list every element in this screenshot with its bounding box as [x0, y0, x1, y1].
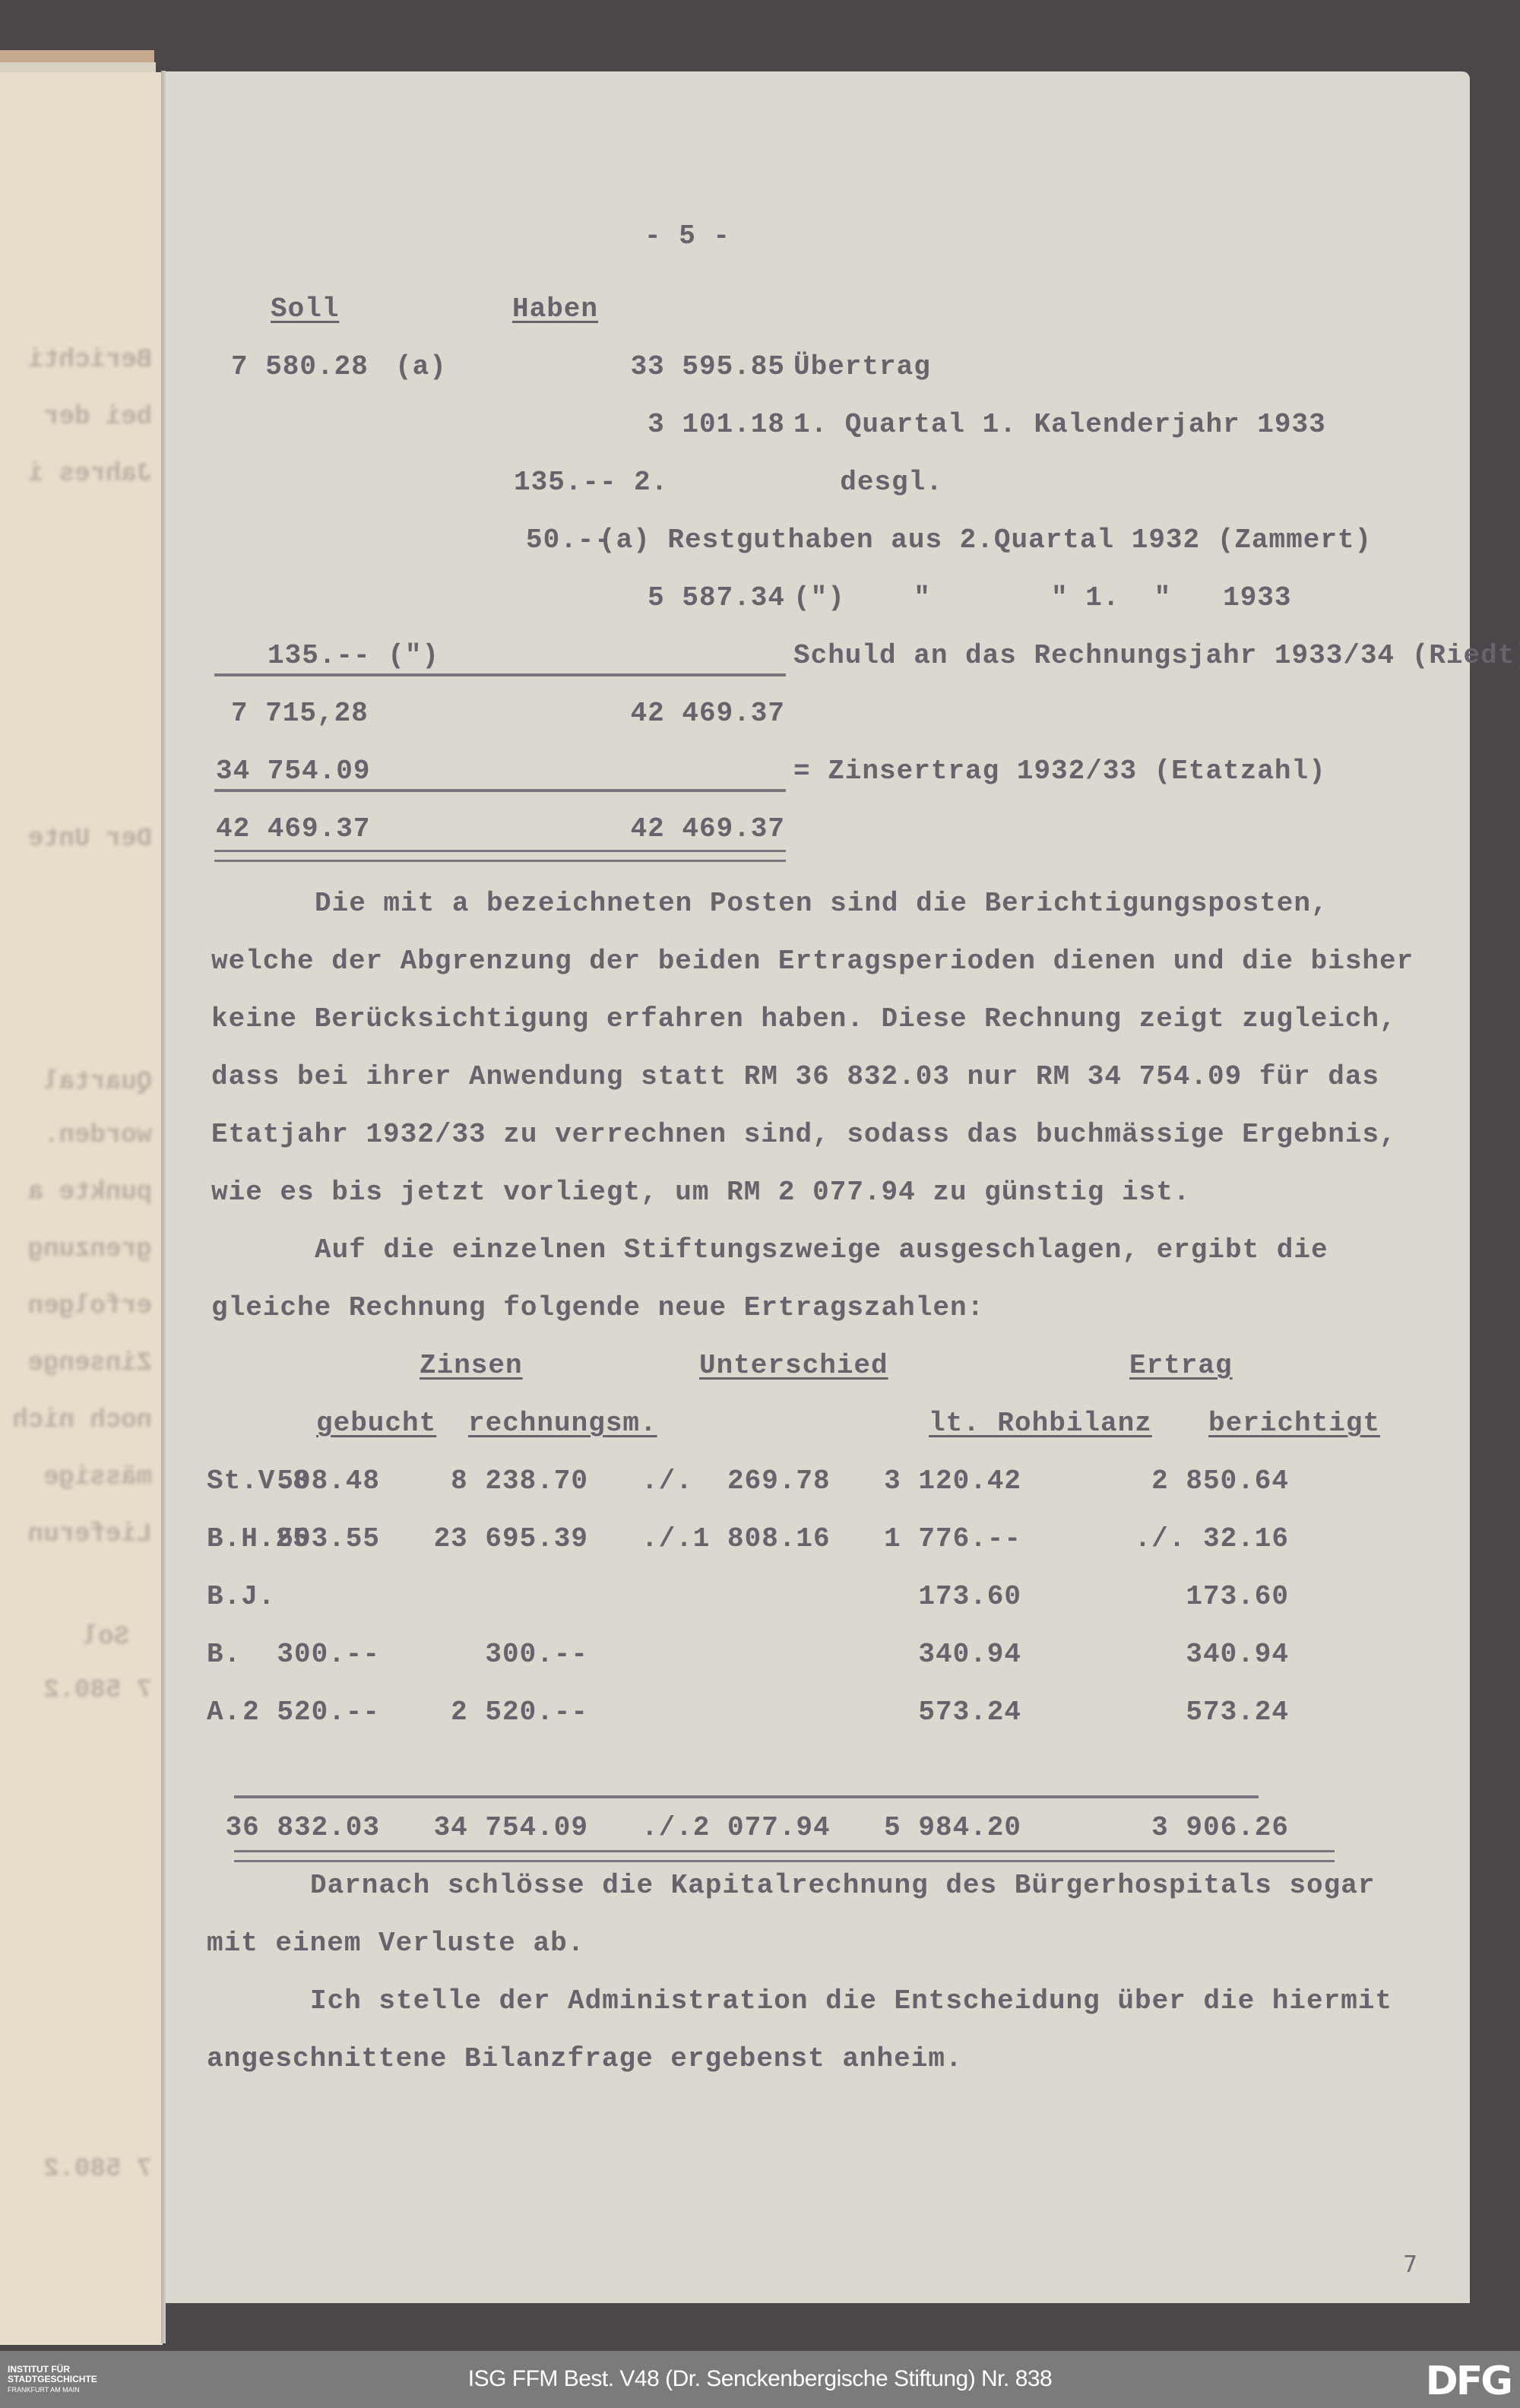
ledger-soll: 34 754.09 — [216, 756, 370, 787]
bleed-text: punkte a — [28, 1178, 152, 1207]
bleed-text: noch nich — [12, 1406, 152, 1435]
body-text-line: Darnach schlösse die Kapitalrechnung des… — [310, 1870, 1375, 1901]
table-cell-gebucht: 2 520.-- — [211, 1697, 380, 1728]
page-number-header: - 5 - — [644, 220, 730, 252]
book-page-edge — [0, 62, 156, 73]
table-cell-gebucht: 300.-- — [211, 1639, 380, 1670]
total-berichtigt: 3 906.26 — [1078, 1812, 1289, 1843]
table-header-gebucht: gebucht — [316, 1408, 436, 1439]
body-text-line: Auf die einzelnen Stiftungszweige ausges… — [315, 1234, 1328, 1266]
previous-page-edge: Berichti bei der Jahres i Der Unte Quart… — [0, 72, 163, 2345]
table-cell-rohbilanz: 1 776.-- — [880, 1523, 1021, 1554]
bleed-text: Jahres i — [28, 460, 152, 489]
ledger-header-haben: Haben — [512, 293, 598, 325]
bleed-text: mässige — [43, 1463, 152, 1492]
table-header-rechnungsm: rechnungsm. — [468, 1408, 657, 1439]
bleed-text: Sol — [83, 1623, 129, 1652]
ledger-rule — [214, 789, 786, 792]
archive-footer-bar: INSTITUT FÜR STADTGESCHICHTE FRANKFURT A… — [0, 2351, 1520, 2408]
table-cell-berichtigt: 173.60 — [1078, 1581, 1289, 1612]
table-double-rule — [234, 1850, 1335, 1862]
table-cell-rohbilanz: 3 120.42 — [880, 1465, 1021, 1497]
bleed-text: Lieferun — [28, 1520, 152, 1549]
bleed-text: grenzung — [28, 1235, 152, 1264]
body-text-line: welche der Abgrenzung der beiden Ertrags… — [211, 946, 1414, 977]
ledger-text: 1. Quartal 1. Kalenderjahr 1933 — [793, 409, 1326, 440]
table-cell-berichtigt: 573.24 — [1078, 1697, 1289, 1728]
ledger-haben: 33 595.85 — [424, 351, 785, 382]
ledger-text: 2. desgl. — [634, 467, 943, 498]
body-text-line: angeschnittene Bilanzfrage ergebenst anh… — [207, 2043, 963, 2074]
bleed-text: erfolgen — [28, 1292, 152, 1321]
table-cell-berichtigt: ./. 32.16 — [1078, 1523, 1289, 1554]
table-rule — [234, 1795, 1259, 1798]
body-text-line: keine Berücksichtigung erfahren haben. D… — [211, 1003, 1397, 1034]
table-cell-unterschied: ./.1 808.16 — [641, 1523, 831, 1554]
table-group-header-zinsen: Zinsen — [420, 1350, 523, 1381]
ledger-soll: 135.-- (") — [268, 640, 439, 671]
ledger-text: Übertrag — [793, 351, 931, 382]
ledger-header-soll: Soll — [271, 293, 339, 325]
ledger-haben: 42 469.37 — [424, 813, 785, 844]
body-text-line: wie es bis jetzt vorliegt, um RM 2 077.9… — [211, 1177, 1190, 1208]
table-cell-gebucht: 503.55 — [211, 1523, 380, 1554]
ledger-double-rule — [214, 850, 786, 862]
ledger-haben: 135.-- — [514, 467, 617, 498]
table-header-rohbilanz: lt. Rohbilanz — [929, 1408, 1152, 1439]
table-group-header-ertrag: Ertrag — [1129, 1350, 1233, 1381]
ledger-text: (a) Restguthaben aus 2.Quartal 1932 (Zam… — [599, 524, 1372, 556]
total-gebucht: 36 832.03 — [211, 1812, 380, 1843]
pencil-folio-number: 7 — [1403, 2251, 1417, 2278]
table-cell-unterschied: ./. 269.78 — [641, 1465, 831, 1497]
table-cell-rechnungsm: 300.-- — [409, 1639, 588, 1670]
body-text-line: dass bei ihrer Anwendung statt RM 36 832… — [211, 1061, 1379, 1092]
document-page: - 5 - Soll Haben 7 580.28 (a) 33 595.85 … — [166, 71, 1470, 2303]
bleed-text: Zinsenge — [28, 1349, 152, 1378]
table-cell-rechnungsm: 8 238.70 — [409, 1465, 588, 1497]
ledger-rule — [214, 673, 786, 676]
ledger-haben: 5 587.34 — [424, 582, 785, 613]
bleed-text: Der Unte — [28, 825, 152, 854]
bleed-text: worden. — [43, 1121, 152, 1150]
body-text-line: Etatjahr 1932/33 zu verrechnen sind, sod… — [211, 1119, 1397, 1150]
table-cell-label: B.J. — [207, 1581, 275, 1612]
bleed-text: 7 580.2 — [43, 1676, 152, 1705]
table-cell-rohbilanz: 573.24 — [880, 1697, 1021, 1728]
ledger-soll: 7 580.28 — [231, 351, 369, 382]
body-text-line: mit einem Verluste ab. — [207, 1928, 584, 1959]
table-cell-rechnungsm: 23 695.39 — [409, 1523, 588, 1554]
ledger-text: = Zinsertrag 1932/33 (Etatzahl) — [793, 756, 1326, 787]
table-group-header-unterschied: Unterschied — [699, 1350, 888, 1381]
body-text-line: Ich stelle der Administration die Entsch… — [310, 1985, 1392, 2017]
ledger-haben: 3 101.18 — [424, 409, 785, 440]
ledger-text: (") " " 1. " 1933 — [793, 582, 1292, 613]
ledger-soll: 42 469.37 — [216, 813, 370, 844]
table-cell-rechnungsm: 2 520.-- — [409, 1697, 588, 1728]
table-cell-berichtigt: 2 850.64 — [1078, 1465, 1289, 1497]
table-cell-berichtigt: 340.94 — [1078, 1639, 1289, 1670]
ledger-haben: 42 469.37 — [424, 698, 785, 729]
body-text-line: Die mit a bezeichneten Posten sind die B… — [315, 888, 1328, 919]
total-rechnungsm: 34 754.09 — [409, 1812, 588, 1843]
archive-caption: ISG FFM Best. V48 (Dr. Senckenbergische … — [0, 2366, 1520, 2392]
bleed-text: 7 580.2 — [43, 2155, 152, 2184]
ledger-text: Schuld an das Rechnungsjahr 1933/34 (Rie… — [793, 640, 1520, 671]
table-cell-rohbilanz: 340.94 — [880, 1639, 1021, 1670]
total-rohbilanz: 5 984.20 — [880, 1812, 1021, 1843]
dfg-logo: DFG — [1426, 2359, 1511, 2404]
table-cell-gebucht: 508.48 — [211, 1465, 380, 1497]
table-header-berichtigt: berichtigt — [1208, 1408, 1380, 1439]
bleed-text: Berichti — [28, 346, 152, 375]
table-cell-rohbilanz: 173.60 — [880, 1581, 1021, 1612]
total-unterschied: ./.2 077.94 — [641, 1812, 831, 1843]
ledger-soll: 7 715,28 — [231, 698, 369, 729]
bleed-text: bei der — [43, 403, 152, 432]
bleed-text: Quartal — [43, 1068, 152, 1097]
body-text-line: gleiche Rechnung folgende neue Ertragsza… — [211, 1292, 984, 1323]
